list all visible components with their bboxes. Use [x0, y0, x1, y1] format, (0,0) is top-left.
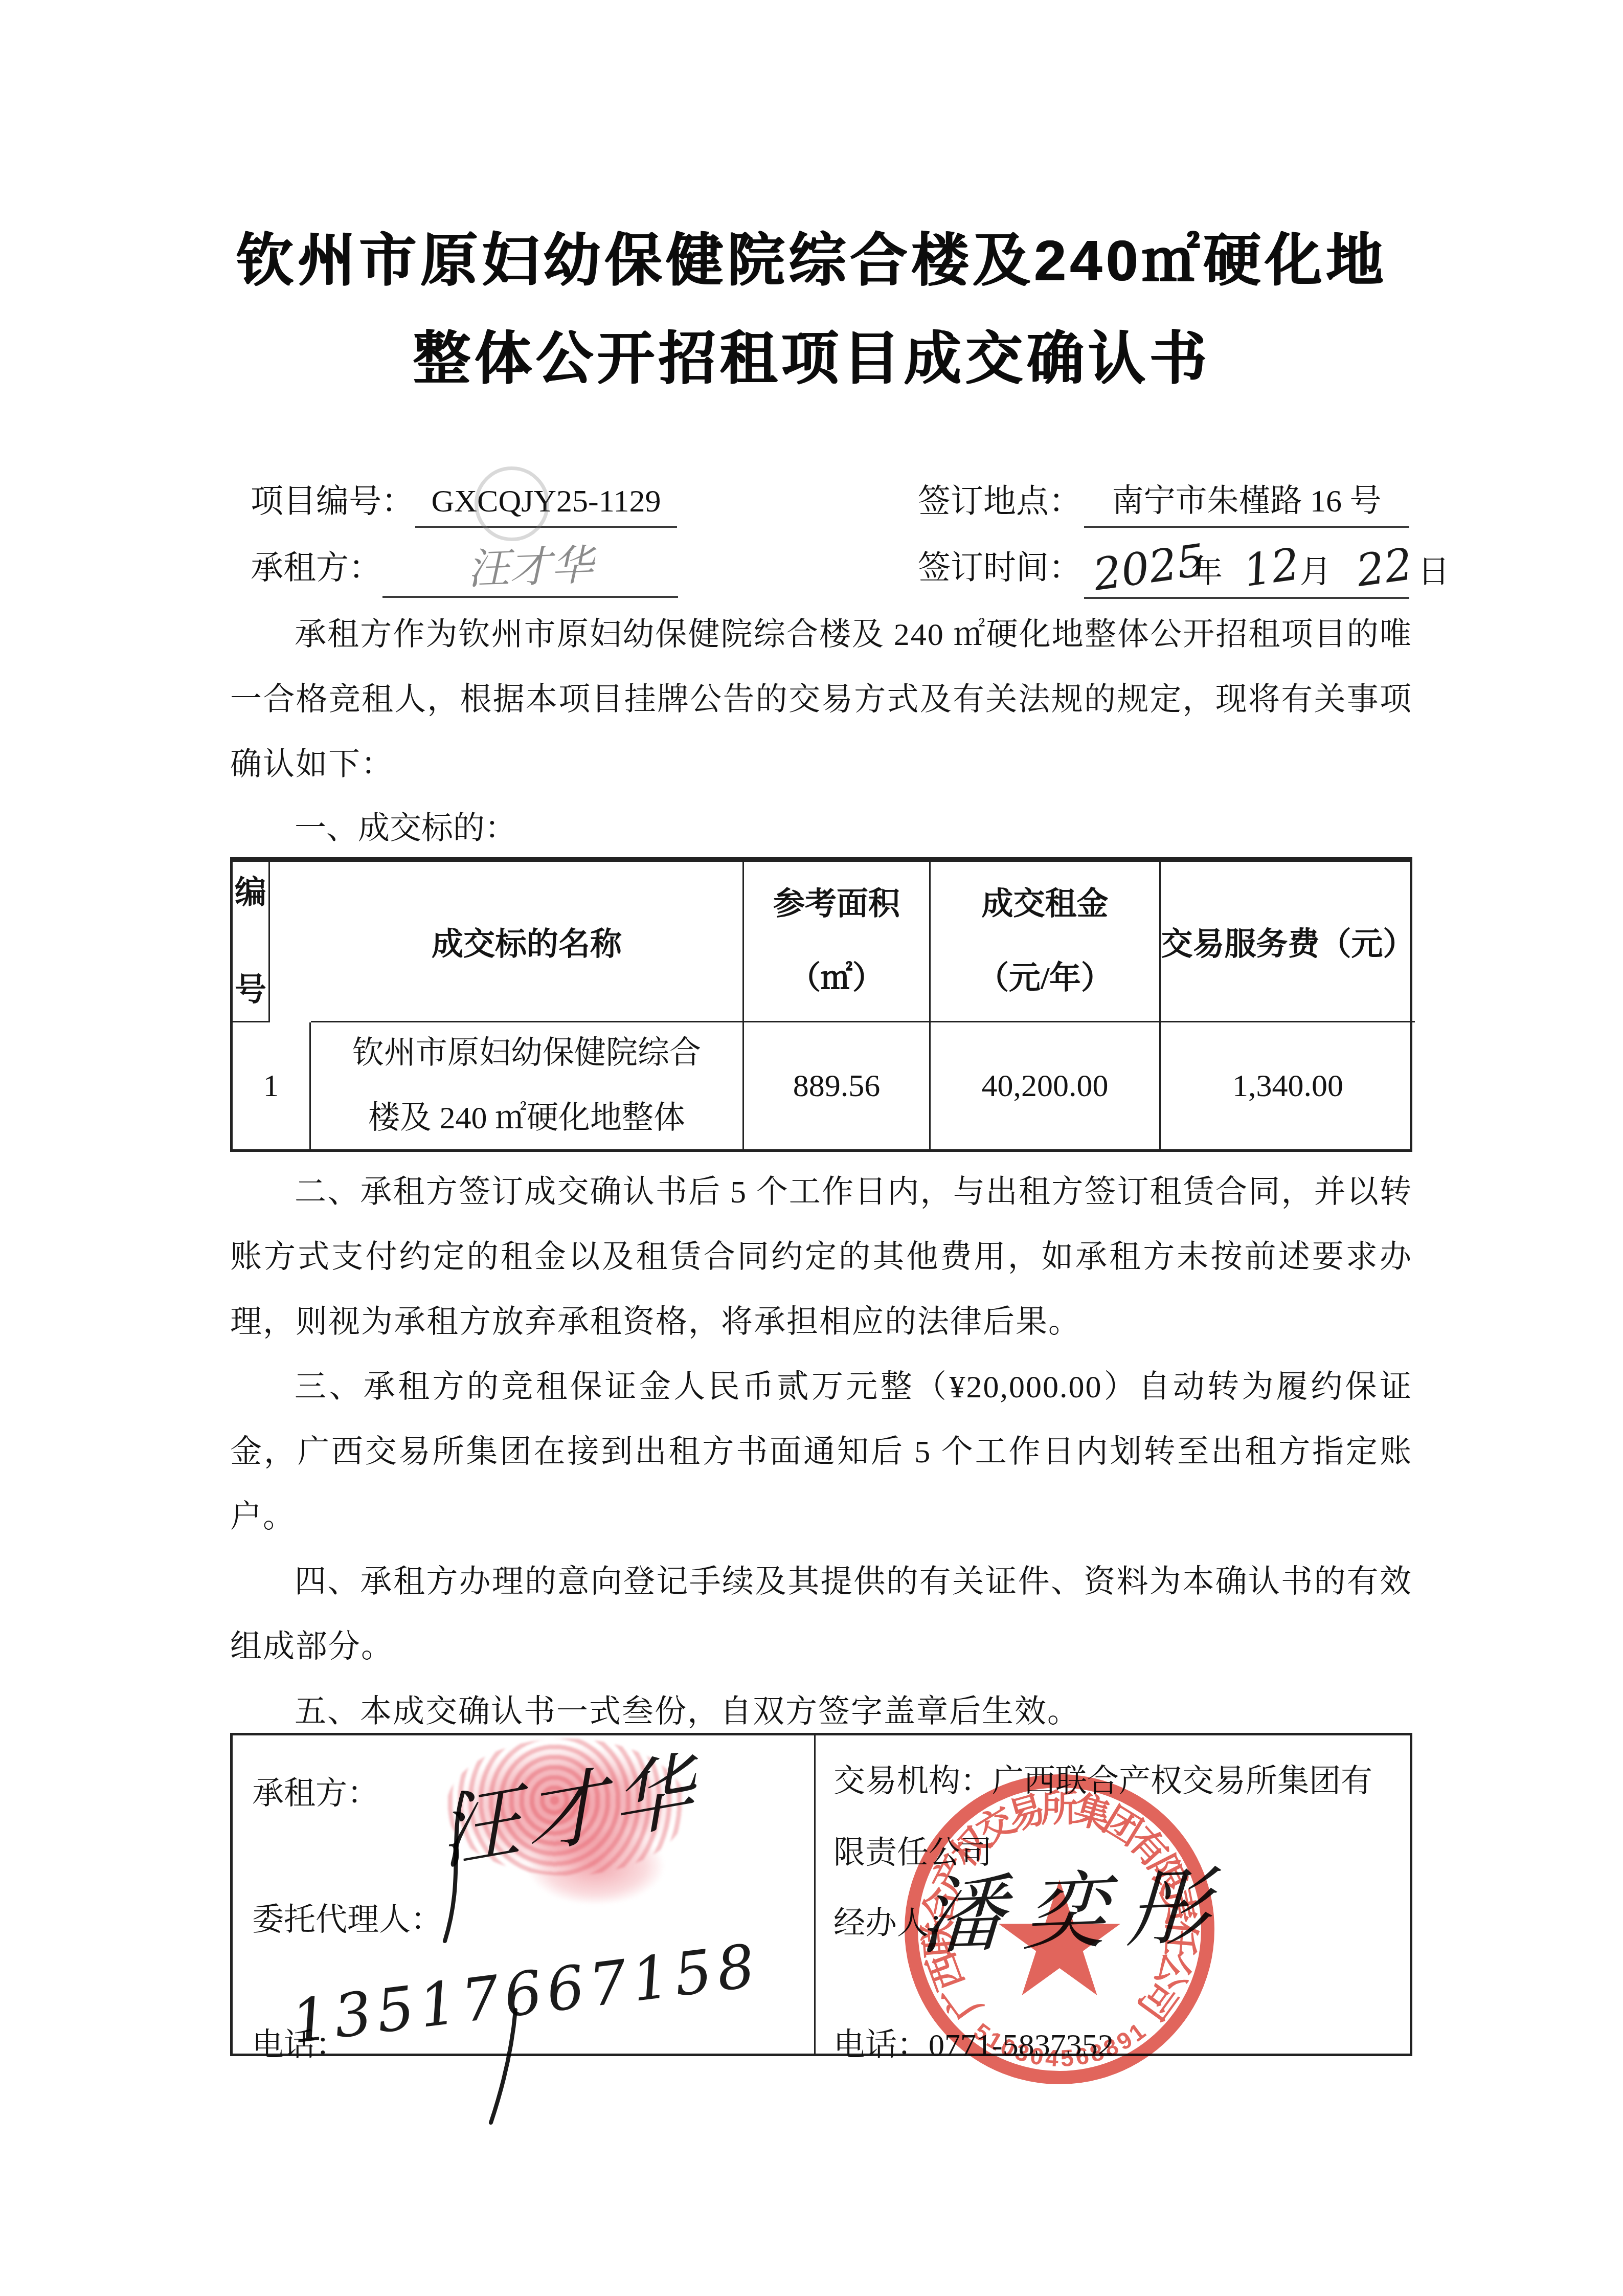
document-page: 钦州市原妇幼保健院综合楼及240㎡硬化地 整体公开招租项目成交确认书 项目编号：…: [0, 0, 1623, 2296]
handwriting-strokes: [0, 0, 1623, 2296]
signature-tail-stroke: [445, 1793, 463, 1941]
phone-digit-tail-stroke: [491, 2010, 515, 2123]
